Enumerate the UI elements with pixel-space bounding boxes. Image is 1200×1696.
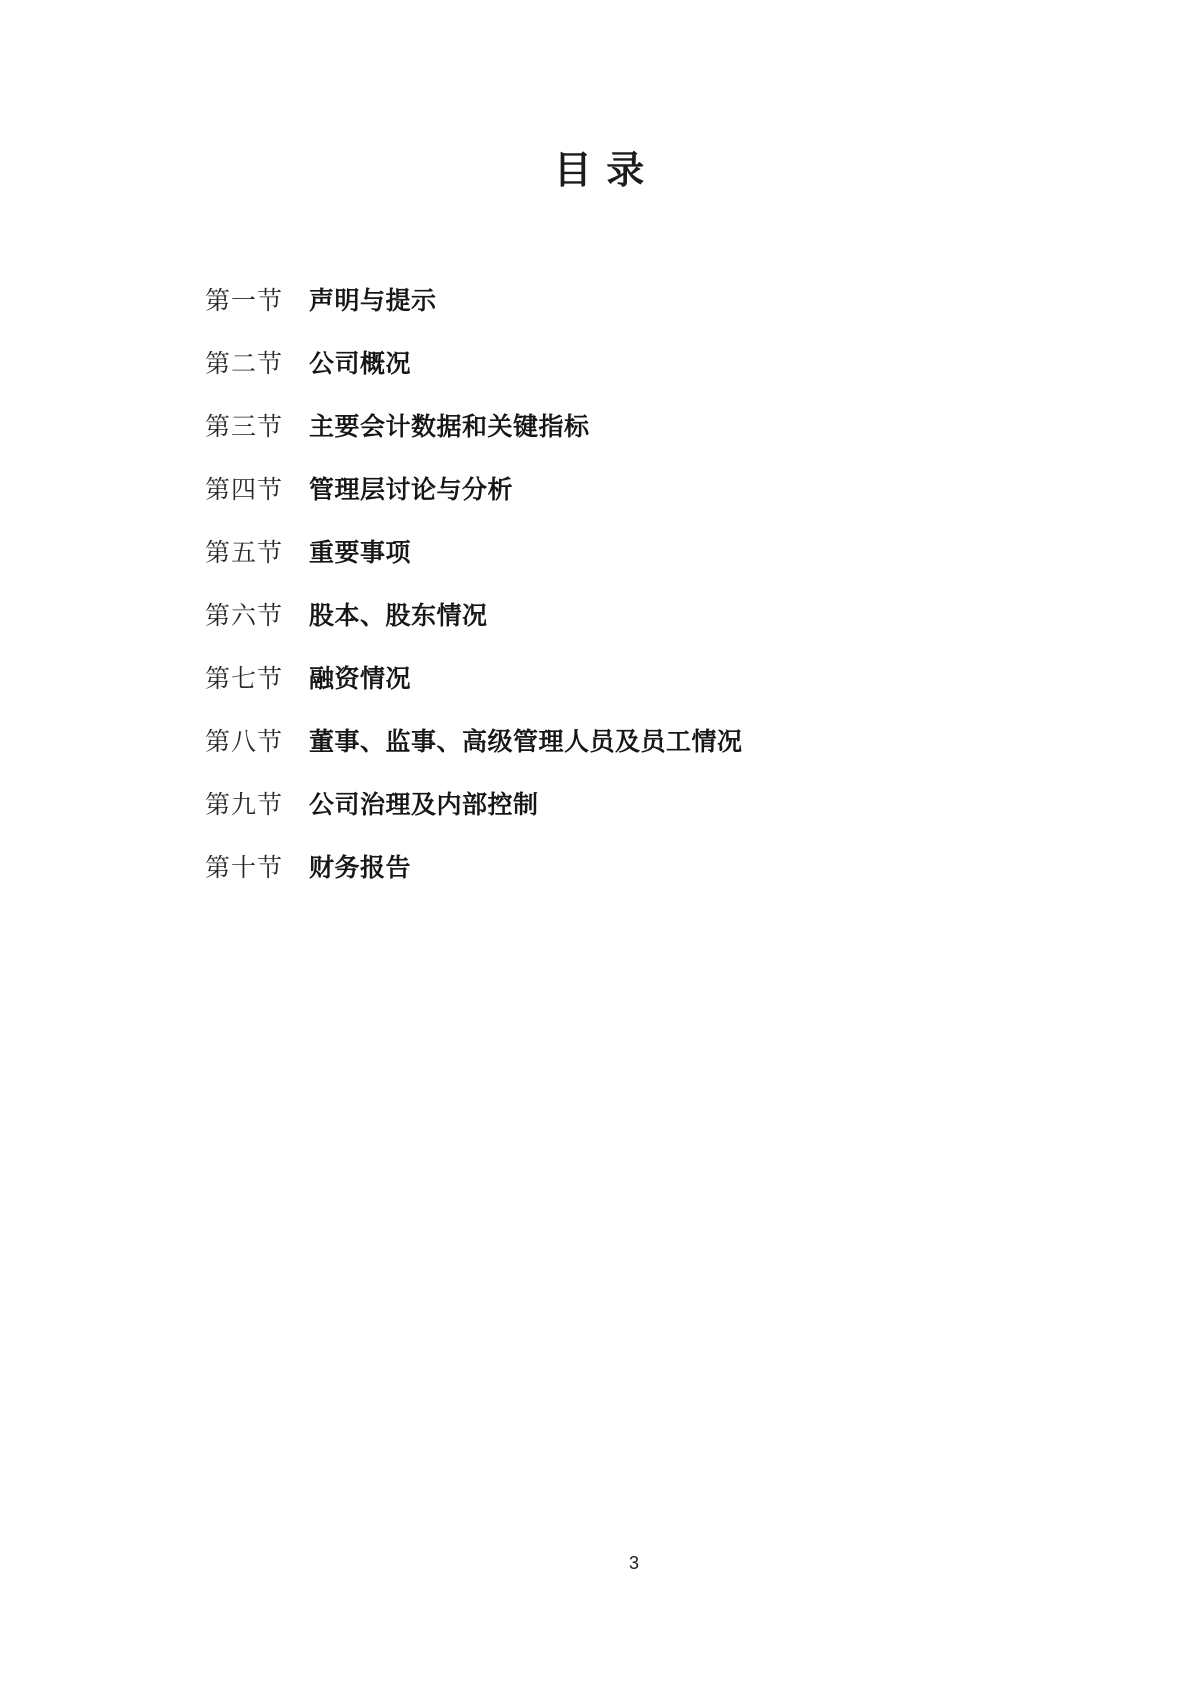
toc-entry-10: 第十节 财务报告 xyxy=(205,853,1105,883)
toc-entry-title: 公司治理及内部控制 xyxy=(309,790,539,820)
document-page: 目 录 第一节 声明与提示 第二节 公司概况 第三节 主要会计数据和关键指标 第… xyxy=(0,0,1200,1696)
table-of-contents: 第一节 声明与提示 第二节 公司概况 第三节 主要会计数据和关键指标 第四节 管… xyxy=(205,286,1105,916)
toc-entry-label: 第五节 xyxy=(205,538,283,568)
toc-entry-title: 公司概况 xyxy=(309,349,411,379)
toc-entry-4: 第四节 管理层讨论与分析 xyxy=(205,475,1105,505)
toc-entry-5: 第五节 重要事项 xyxy=(205,538,1105,568)
toc-entry-7: 第七节 融资情况 xyxy=(205,664,1105,694)
toc-entry-title: 董事、监事、高级管理人员及员工情况 xyxy=(309,727,743,757)
toc-entry-label: 第六节 xyxy=(205,601,283,631)
toc-entry-title: 财务报告 xyxy=(309,853,411,883)
toc-entry-label: 第十节 xyxy=(205,853,283,883)
toc-entry-1: 第一节 声明与提示 xyxy=(205,286,1105,316)
page-number: 3 xyxy=(614,1552,654,1574)
toc-entry-label: 第八节 xyxy=(205,727,283,757)
toc-entry-2: 第二节 公司概况 xyxy=(205,349,1105,379)
toc-entry-label: 第三节 xyxy=(205,412,283,442)
toc-entry-title: 管理层讨论与分析 xyxy=(309,475,513,505)
toc-entry-title: 融资情况 xyxy=(309,664,411,694)
toc-entry-title: 声明与提示 xyxy=(309,286,437,316)
toc-entry-title: 重要事项 xyxy=(309,538,411,568)
toc-entry-3: 第三节 主要会计数据和关键指标 xyxy=(205,412,1105,442)
toc-entry-9: 第九节 公司治理及内部控制 xyxy=(205,790,1105,820)
page-title: 目 录 xyxy=(0,150,1200,192)
toc-entry-label: 第九节 xyxy=(205,790,283,820)
toc-entry-8: 第八节 董事、监事、高级管理人员及员工情况 xyxy=(205,727,1105,757)
toc-entry-label: 第一节 xyxy=(205,286,283,316)
toc-entry-label: 第二节 xyxy=(205,349,283,379)
toc-entry-label: 第七节 xyxy=(205,664,283,694)
toc-entry-title: 主要会计数据和关键指标 xyxy=(309,412,590,442)
toc-entry-label: 第四节 xyxy=(205,475,283,505)
toc-entry-6: 第六节 股本、股东情况 xyxy=(205,601,1105,631)
toc-entry-title: 股本、股东情况 xyxy=(309,601,488,631)
